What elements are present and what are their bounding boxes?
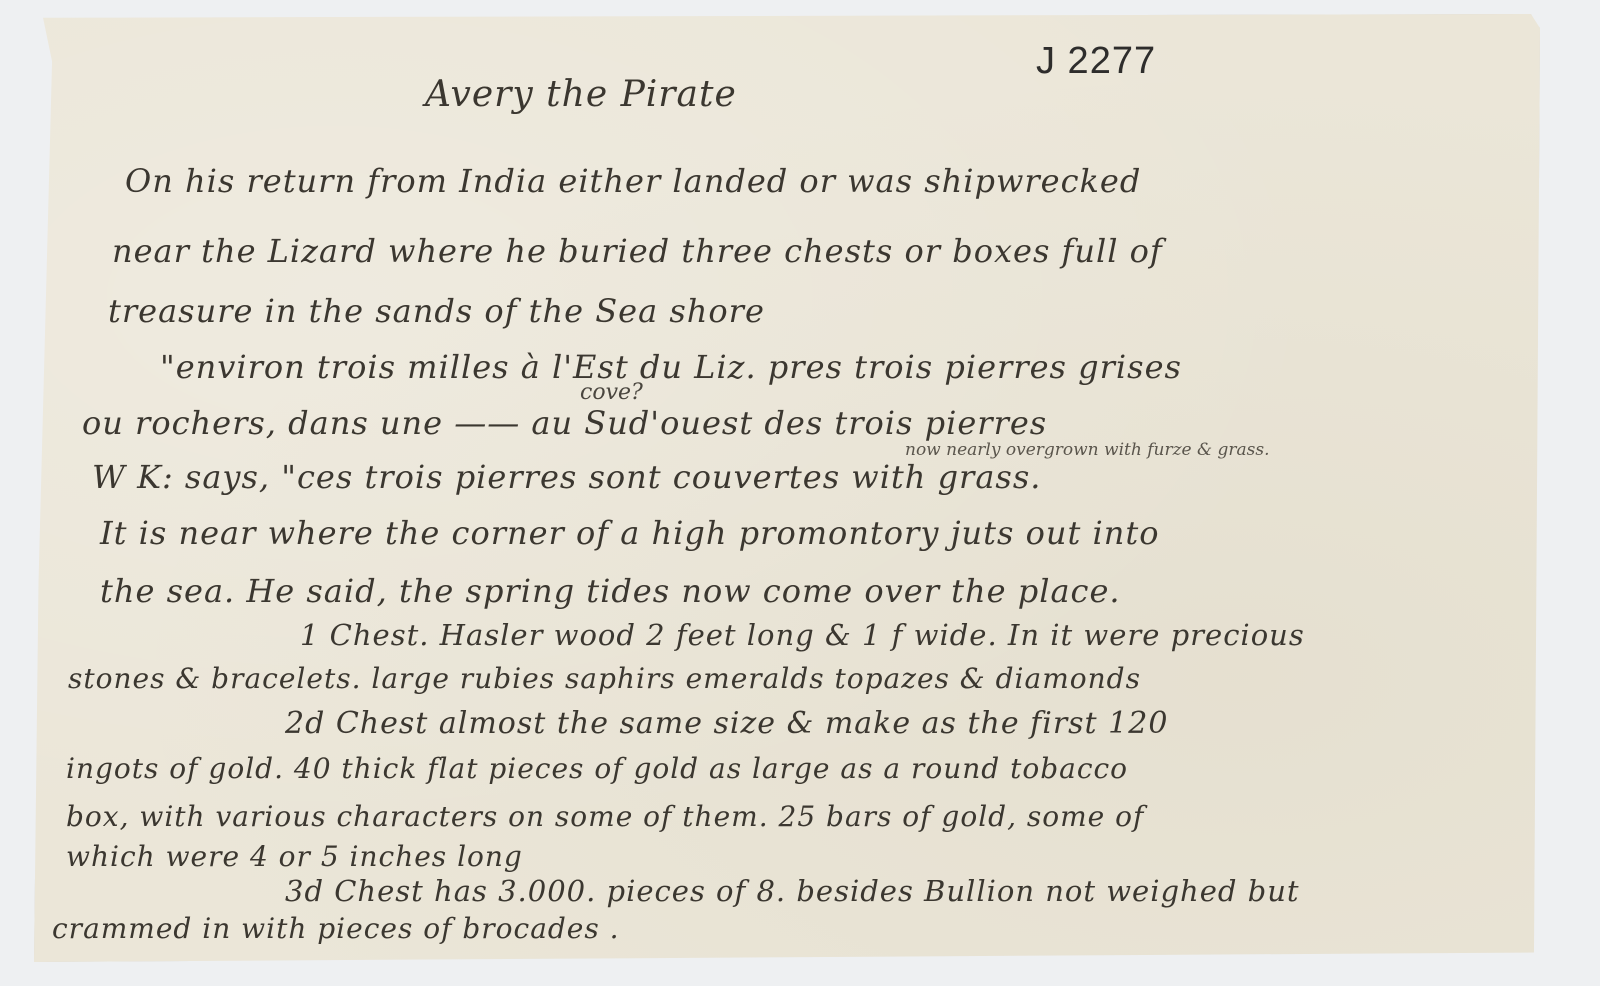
- manuscript-line-8: the sea. He said, the spring tides now c…: [100, 572, 1121, 610]
- manuscript-line-13: box, with various characters on some of …: [66, 800, 1144, 833]
- manuscript-line-3: treasure in the sands of the Sea shore: [108, 292, 765, 330]
- manuscript-line-1: On his return from India either landed o…: [125, 162, 1141, 200]
- manuscript-line-6: W K: says, "ces trois pierres sont couve…: [92, 458, 1041, 496]
- manuscript-line-9: 1 Chest. Hasler wood 2 feet long & 1 f w…: [300, 618, 1305, 652]
- manuscript-line-10: stones & bracelets. large rubies saphirs…: [68, 662, 1141, 695]
- manuscript-line-7: It is near where the corner of a high pr…: [100, 514, 1159, 552]
- manuscript-line-4: "environ trois milles à l'Est du Liz. pr…: [160, 348, 1182, 386]
- manuscript-line-2: near the Lizard where he buried three ch…: [112, 232, 1163, 270]
- interlinear-note: now nearly overgrown with furze & grass.: [905, 440, 1270, 460]
- manuscript-line-15: 3d Chest has 3.000. pieces of 8. besides…: [285, 874, 1300, 908]
- manuscript-line-12: ingots of gold. 40 thick flat pieces of …: [66, 752, 1128, 785]
- reference-number: J 2277: [1036, 40, 1156, 83]
- interlinear-cove: cove?: [580, 380, 643, 405]
- manuscript-line-11: 2d Chest almost the same size & make as …: [285, 706, 1168, 741]
- manuscript-line-14: which were 4 or 5 inches long: [66, 840, 523, 873]
- manuscript-line-5: ou rochers, dans une —— au Sud'ouest des…: [82, 404, 1047, 442]
- document-viewer: J 2277 Avery the Pirate On his return fr…: [0, 0, 1600, 986]
- manuscript-line-16: crammed in with pieces of brocades .: [52, 912, 620, 945]
- document-title: Avery the Pirate: [425, 74, 737, 115]
